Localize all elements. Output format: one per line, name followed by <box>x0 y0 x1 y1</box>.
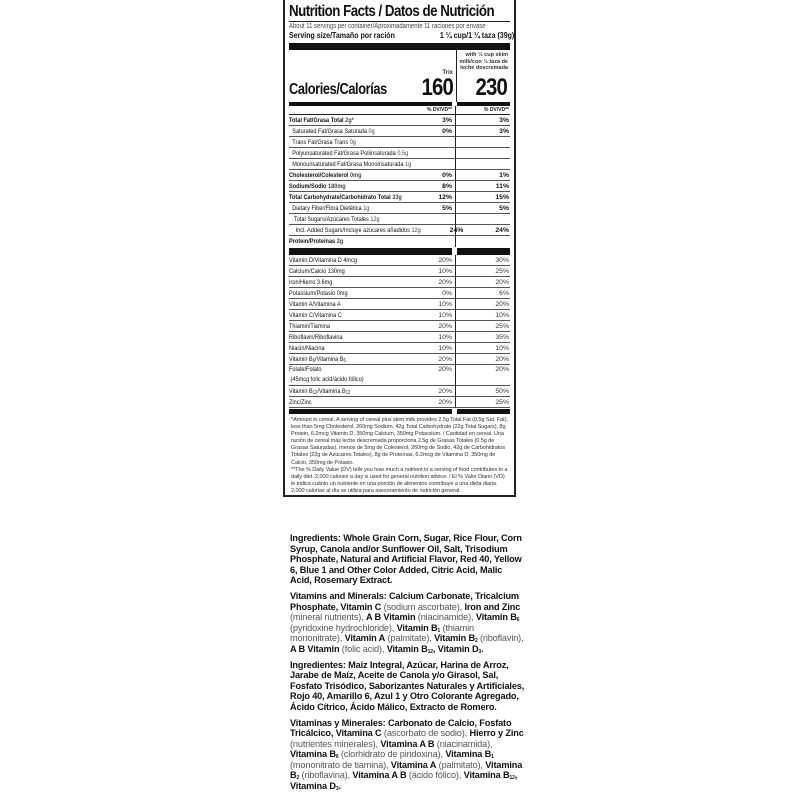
vitamin-label: Iron/Hierro 3.6mg <box>289 277 332 287</box>
nutrient-dv-with-milk <box>456 148 510 159</box>
nutrient-label: Total Sugars/Azúcares Totales 12g <box>289 214 380 224</box>
nutrient-dv-with-milk: 15% <box>456 192 510 203</box>
nutrient-name-cell: Saturated Fat/Grasa Saturada 0g0% <box>289 126 456 137</box>
vitamins-minerals-english: Vitamins and Minerals: Calcium Carbonate… <box>290 591 525 655</box>
vitamin-label: Niacin/Niacina <box>289 343 325 353</box>
vitamin-source: (niacinamide), <box>415 612 475 622</box>
nutrient-dv-with-milk <box>456 137 510 148</box>
nutrient-dv: 0% <box>442 126 452 136</box>
vitamin-source: (sodium ascorbate), <box>381 602 464 612</box>
nutrient-row: Total Fat/Grasa Total 2g*3%3% <box>289 115 510 126</box>
ingredients-es-label: Ingredientes: <box>290 660 346 670</box>
vitamin-dv-with-milk: 20% <box>456 365 510 386</box>
nutrient-label: Total Carbohydrate/Carbohidrato Total 33… <box>289 192 402 202</box>
serving-size-value: 1 ¼ cup/1 ¼ taza (39g) <box>440 31 514 41</box>
calories-cereal-cell: Trix Calories/Calorías 160 <box>289 50 457 102</box>
vitamin-dv: 20% <box>438 321 452 331</box>
vitamin-label: Folate/Folato (45mcg folic acid/ácido fó… <box>289 365 364 385</box>
nutrient-row: Incl. Added Sugars/Incluye azúcares añad… <box>289 225 510 236</box>
nutrient-dv: 0% <box>442 170 452 180</box>
vitamin-dv-with-milk: 20% <box>456 277 510 288</box>
vitamin-row: Vitamin B6/Vitamina B620%20% <box>289 354 510 365</box>
vitamin-name: Vitamin B1 <box>397 623 441 633</box>
vitamin-row: Zinc/Zinc20%25% <box>289 397 510 408</box>
vitamin-dv-with-milk: 25% <box>456 266 510 277</box>
vitamin-dv: 10% <box>438 266 452 276</box>
vitamin-source: (palmitato), <box>436 760 485 770</box>
vitamin-name: Vitamina A <box>391 760 436 770</box>
nutrient-amount: 12g <box>411 227 420 234</box>
nutrient-dv-with-milk: 24% <box>456 225 510 236</box>
vitamin-dv-with-milk: 25% <box>456 321 510 332</box>
vitamin-source: (ascorbato de sodio), <box>382 728 470 738</box>
vitamin-name: Hierro y Zinc <box>469 728 523 738</box>
nutrient-amount: 1g <box>363 205 369 212</box>
nutrient-label: Trans Fat/Grasa Trans 0g <box>289 137 356 147</box>
dv-header-cereal: % DV/VD** <box>289 106 456 114</box>
vitamins-es-text: Carbonato de Calcio, Fosfato Tricálcico,… <box>290 718 524 792</box>
nutrient-table: Total Fat/Grasa Total 2g*3%3%Saturated F… <box>289 115 510 247</box>
vitamin-name-cell: Vitamin D/Vitamina D 4mcg20% <box>289 255 456 266</box>
vitamin-dv-with-milk: 10% <box>456 343 510 354</box>
vitamin-label: Vitamin B6/Vitamina B6 <box>289 354 346 364</box>
servings-per-container: About 11 servings per container/Aproxima… <box>289 21 510 31</box>
vitamin-dv: 10% <box>438 310 452 320</box>
calories-section: Trix Calories/Calorías 160 with ½ cup sk… <box>289 50 510 102</box>
vitamin-label: Vitamin A/Vitamina A <box>289 299 341 309</box>
vitamin-dv-with-milk: 10% <box>456 310 510 321</box>
vitamin-dv: 10% <box>438 332 452 342</box>
nutrient-amount: 180mg <box>328 183 346 190</box>
nutrient-row: Cholesterol/Colesterol 0mg0%1% <box>289 170 510 181</box>
ingredients-section: Ingredients: Whole Grain Corn, Sugar, Ri… <box>290 533 525 797</box>
vitamin-dv: 20% <box>438 277 452 287</box>
vitamin-name: A B Vitamin <box>290 644 339 654</box>
vitamin-name-cell: Zinc/Zinc20% <box>289 397 456 408</box>
nutrient-row: Dietary Fiber/Fibra Dietética 1g5%5% <box>289 203 510 214</box>
nutrient-label: Sodium/Sodio 180mg <box>289 181 346 191</box>
vitamin-dv: 20% <box>438 365 452 385</box>
nutrient-row: Saturated Fat/Grasa Saturada 0g0%3% <box>289 126 510 137</box>
vitamin-label: Calcium/Calcio 130mg <box>289 266 345 276</box>
nutrient-label: Protein/Proteínas 2g <box>289 236 343 247</box>
nutrient-dv: 3% <box>442 115 452 125</box>
nutrient-label: Total Fat/Grasa Total 2g* <box>289 115 354 125</box>
vitamin-source: (riboflavina), <box>299 770 352 780</box>
vitamin-dv: 0% <box>442 288 452 298</box>
calories-label: Calories/Calorías <box>289 81 387 99</box>
nutrient-row: Polyunsaturated Fat/Grasa Poliinsaturada… <box>289 148 510 159</box>
nutrient-label: Polyunsaturated Fat/Grasa Poliinsaturada… <box>289 148 408 158</box>
nutrient-dv-with-milk <box>456 236 510 247</box>
vitamin-dv-with-milk: 6% <box>456 288 510 299</box>
footnote-daily-value: **The % Daily Value (DV) tells you how m… <box>291 467 509 495</box>
nutrient-row: Protein/Proteínas 2g <box>289 236 510 247</box>
vitamin-name-cell: Thiamin/Tiamina20% <box>289 321 456 332</box>
serving-size-label: Serving size/Tamaño por ración <box>289 31 395 41</box>
nutrient-label: Cholesterol/Colesterol 0mg <box>289 170 361 180</box>
vitamin-row: Niacin/Niacina10%10% <box>289 343 510 354</box>
nutrient-amount: 0mg <box>350 172 361 179</box>
footnote-amount-in-cereal: *Amount in cereal. A serving of cereal p… <box>291 417 509 467</box>
vitamins-en-label: Vitamins and Minerals: <box>290 591 387 601</box>
vitamin-name-cell: Riboflavin/Riboflavina10% <box>289 332 456 343</box>
vitamin-label: Potassium/Potasio 0mg <box>289 288 348 298</box>
vitamin-name: Vitamin B6 <box>476 612 520 622</box>
nutrient-amount: 0g <box>350 139 356 146</box>
vitamin-name: Vitamin A <box>345 633 386 643</box>
vitamin-name: Vitamina B1 <box>445 749 493 759</box>
footnotes: *Amount in cereal. A serving of cereal p… <box>289 414 510 495</box>
vitamin-name: Vitamina B6 <box>290 749 338 759</box>
dv-header-row: % DV/VD** % DV/VD** <box>289 106 510 115</box>
vitamin-dv: 20% <box>438 386 452 396</box>
vitamins-minerals-spanish: Vitaminas y Minerales: Carbonato de Calc… <box>290 718 525 792</box>
ingredients-en-label: Ingredients: <box>290 533 341 543</box>
ingredients-english: Ingredients: Whole Grain Corn, Sugar, Ri… <box>290 533 525 586</box>
nutrient-row: Trans Fat/Grasa Trans 0g <box>289 137 510 148</box>
vitamin-label: Vitamin C/Vitamina C <box>289 310 342 320</box>
thick-divider-vitamins <box>289 248 510 255</box>
vitamin-name-cell: Vitamin C/Vitamina C10% <box>289 310 456 321</box>
dv-header-milk: % DV/VD** <box>456 106 510 114</box>
nutrient-amount: 2g <box>337 238 344 245</box>
nutrient-amount: 12g <box>370 216 379 223</box>
vitamin-name-cell: Folate/Folato (45mcg folic acid/ácido fó… <box>289 365 456 386</box>
vitamin-row: Vitamin D/Vitamina D 4mcg20%30% <box>289 255 510 266</box>
vitamin-row: Iron/Hierro 3.6mg20%20% <box>289 277 510 288</box>
nutrient-dv-with-milk: 3% <box>456 115 510 126</box>
nutrient-name-cell: Total Fat/Grasa Total 2g*3% <box>289 115 456 126</box>
nutrient-dv: 12% <box>438 192 452 202</box>
nutrient-row: Monounsaturated Fat/Grasa Monoinsaturada… <box>289 159 510 170</box>
vitamin-row: Potassium/Potasio 0mg0%6% <box>289 288 510 299</box>
nutrient-name-cell: Total Carbohydrate/Carbohidrato Total 33… <box>289 192 456 203</box>
vitamins-es-label: Vitaminas y Minerales: <box>290 718 386 728</box>
nutrient-amount: 1g <box>405 161 411 168</box>
vitamin-label: Vitamin B12/Vitamina B12 <box>289 386 350 396</box>
vitamin-dv: 10% <box>438 343 452 353</box>
label-title: Nutrition Facts / Datos de Nutrición <box>289 3 479 21</box>
vitamin-dv-with-milk: 50% <box>456 386 510 397</box>
vitamin-name: A B Vitamin <box>366 612 415 622</box>
vitamin-row: Thiamin/Tiamina20%25% <box>289 321 510 332</box>
vitamin-name: Vitamin B2 <box>434 633 478 643</box>
vitamin-source: (ácido fólico), <box>406 770 463 780</box>
nutrient-row: Sodium/Sodio 180mg8%11% <box>289 181 510 192</box>
nutrient-label: Saturated Fat/Grasa Saturada 0g <box>289 126 375 136</box>
vitamin-dv-with-milk: 20% <box>456 299 510 310</box>
vitamin-label: Vitamin D/Vitamina D 4mcg <box>289 255 357 265</box>
vitamin-name-cell: Niacin/Niacina10% <box>289 343 456 354</box>
vitamin-source: (niacinamida), <box>434 739 492 749</box>
nutrient-name-cell: Monounsaturated Fat/Grasa Monoinsaturada… <box>289 159 456 170</box>
vitamin-name-cell: Vitamin B12/Vitamina B1220% <box>289 386 456 397</box>
nutrient-row: Total Carbohydrate/Carbohidrato Total 33… <box>289 192 510 203</box>
calories-milk-cell: with ½ cup skim milk/con ½ taza de leche… <box>457 50 510 102</box>
footnote-divider <box>289 409 510 414</box>
vitamin-name: Iron and Zinc <box>464 602 520 612</box>
nutrient-name-cell: Total Sugars/Azúcares Totales 12g <box>289 214 456 225</box>
nutrient-dv-with-milk: 1% <box>456 170 510 181</box>
vitamin-name: Vitamina A B <box>380 739 434 749</box>
vitamin-name-cell: Calcium/Calcio 130mg10% <box>289 266 456 277</box>
serving-size-row: Serving size/Tamaño por ración 1 ¼ cup/1… <box>289 31 514 41</box>
nutrient-label: Monounsaturated Fat/Grasa Monoinsaturada… <box>289 159 411 169</box>
vitamin-row: Calcium/Calcio 130mg10%25% <box>289 266 510 277</box>
vitamin-label: Zinc/Zinc <box>289 397 312 407</box>
nutrient-name-cell: Sodium/Sodio 180mg8% <box>289 181 456 192</box>
vitamin-label: Riboflavin/Riboflavina <box>289 332 343 342</box>
vitamin-row: Vitamin C/Vitamina C10%10% <box>289 310 510 321</box>
nutrient-name-cell: Incl. Added Sugars/Incluye azúcares añad… <box>289 225 456 236</box>
nutrient-name-cell: Polyunsaturated Fat/Grasa Poliinsaturada… <box>289 148 456 159</box>
calories-cereal-value: 160 <box>422 74 453 102</box>
nutrient-amount: 33g <box>392 194 402 201</box>
vitamin-row: Vitamin A/Vitamina A10%20% <box>289 299 510 310</box>
ingredients-spanish: Ingredientes: Maíz Integral, Azúcar, Har… <box>290 660 525 713</box>
nutrient-dv: 8% <box>442 181 452 191</box>
vitamin-source: (palmitate), <box>385 633 434 643</box>
nutrition-facts-panel: Nutrition Facts / Datos de Nutrición Abo… <box>283 0 516 497</box>
thick-divider <box>289 43 510 50</box>
vitamin-source: (folic acid), <box>339 644 386 654</box>
vitamin-source: (pyridoxine hydrochloride), <box>290 623 397 633</box>
nutrient-dv: 5% <box>442 203 452 213</box>
vitamin-dv-with-milk: 35% <box>456 332 510 343</box>
vitamin-name-cell: Iron/Hierro 3.6mg20% <box>289 277 456 288</box>
vitamin-name-cell: Vitamin B6/Vitamina B620% <box>289 354 456 365</box>
vitamin-name: Vitamin B12, Vitamin D3. <box>387 644 484 654</box>
vitamin-dv: 20% <box>438 354 452 364</box>
nutrient-dv-with-milk: 11% <box>456 181 510 192</box>
nutrient-name-cell: Protein/Proteínas 2g <box>289 236 456 247</box>
vitamin-label: Thiamin/Tiamina <box>289 321 330 331</box>
nutrient-dv-with-milk <box>456 159 510 170</box>
vitamin-row: Folate/Folato (45mcg folic acid/ácido fó… <box>289 365 510 386</box>
nutrient-label: Dietary Fiber/Fibra Dietética 1g <box>289 203 369 213</box>
nutrient-dv-with-milk: 5% <box>456 203 510 214</box>
vitamin-source: (riboflavin), <box>478 633 524 643</box>
nutrient-dv-with-milk <box>456 214 510 225</box>
vitamin-name-cell: Potassium/Potasio 0mg0% <box>289 288 456 299</box>
vitamin-row: Riboflavin/Riboflavina10%35% <box>289 332 510 343</box>
nutrient-row: Total Sugars/Azúcares Totales 12g <box>289 214 510 225</box>
vitamin-dv-with-milk: 20% <box>456 354 510 365</box>
nutrient-amount: 2g* <box>345 117 354 124</box>
vitamin-source: (nutrientes minerales), <box>290 739 380 749</box>
vitamin-dv-with-milk: 30% <box>456 255 510 266</box>
vitamin-source: (mineral nutrients), <box>290 612 366 622</box>
nutrient-dv-with-milk: 3% <box>456 126 510 137</box>
nutrient-amount: 0g <box>369 128 375 135</box>
vitamin-name-cell: Vitamin A/Vitamina A10% <box>289 299 456 310</box>
vitamin-dv: 20% <box>438 255 452 265</box>
nutrient-amount: 0.5g <box>397 150 408 157</box>
vitamin-source: (mononitrato de tiamina), <box>290 760 391 770</box>
nutrient-label: Incl. Added Sugars/Incluye azúcares añad… <box>289 225 421 235</box>
calories-milk-value: 230 <box>476 74 507 102</box>
vitamin-dv: 10% <box>438 299 452 309</box>
nutrient-name-cell: Dietary Fiber/Fibra Dietética 1g5% <box>289 203 456 214</box>
vitamin-name: Vitamina A B <box>352 770 406 780</box>
vitamin-dv-with-milk: 25% <box>456 397 510 408</box>
vitamin-table: Vitamin D/Vitamina D 4mcg20%30%Calcium/C… <box>289 255 510 408</box>
nutrient-name-cell: Cholesterol/Colesterol 0mg0% <box>289 170 456 181</box>
vitamin-dv: 20% <box>438 397 452 407</box>
nutrient-name-cell: Trans Fat/Grasa Trans 0g <box>289 137 456 148</box>
vitamin-row: Vitamin B12/Vitamina B1220%50% <box>289 386 510 397</box>
vitamin-source: (clorhidrato de piridoxina), <box>338 749 445 759</box>
column-header-with-milk: with ½ cup skim milk/con ½ taza de leche… <box>450 52 508 72</box>
